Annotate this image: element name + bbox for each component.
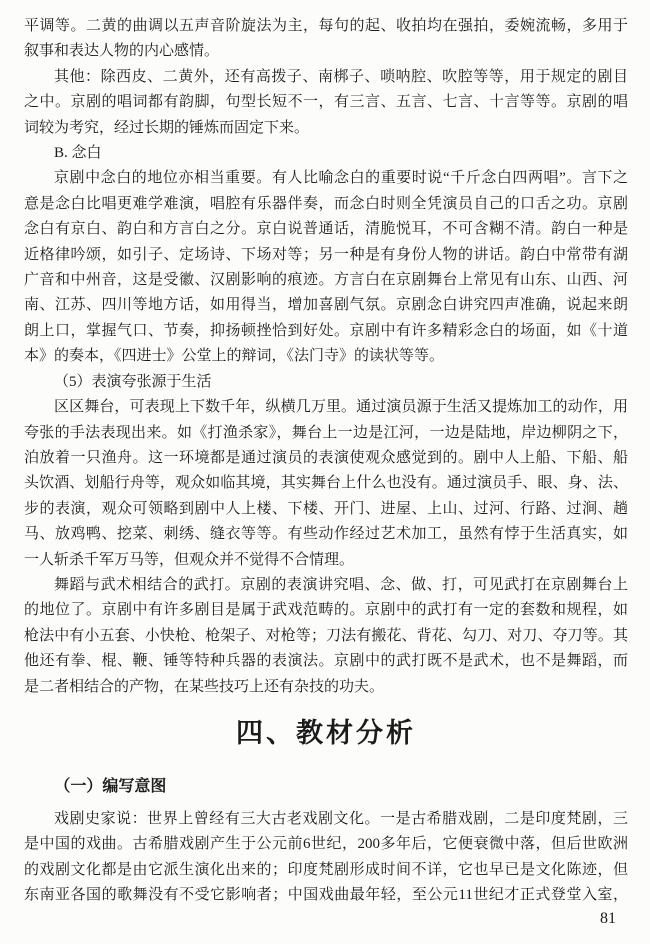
text-line: 泊放着一只渔舟。这一环境都是通过演员的表演使观众感觉到的。剧中人上船、下船、船 — [24, 446, 628, 471]
text-line: 是二者相结合的产物，在某些技巧上还有杂技的功夫。 — [24, 675, 628, 700]
text-line: 京剧中念白的地位亦相当重要。有人比喻念白的重要时说“千斤念白四两唱”。言下之 — [24, 166, 628, 191]
text-line: 东南亚各国的歌舞没有不受它影响者；中国戏曲最年轻，至公元11世纪才正式登堂入室， — [24, 883, 628, 908]
text-line: 头饮酒、划船行舟等，观众如临其境，其实舞台上什么也没有。通过演员手、眼、身、法、 — [24, 471, 628, 496]
paragraph: 舞蹈与武术相结合的武打。京剧的表演讲究唱、念、做、打，可见武打在京剧舞台上的地位… — [24, 573, 628, 700]
text-line: 一人斩杀千军万马等，但观众并不觉得不合情理。 — [24, 548, 628, 573]
document-body: 平调等。二黄的曲调以五声音阶旋法为主，每句的起、收拍均在强拍，委婉流畅，多用于叙… — [0, 0, 650, 909]
scanned-document-page: 平调等。二黄的曲调以五声音阶旋法为主，每句的起、收拍均在强拍，委婉流畅，多用于叙… — [0, 0, 650, 944]
text-line: 广音和中州音，这是受徽、汉剧影响的痕迹。方言白在京剧舞台上常见有山东、山西、河 — [24, 268, 628, 293]
text-line: 他还有拳、棍、鞭、锤等特种兵器的表演法。京剧中的武打既不是武术，也不是舞蹈，而 — [24, 649, 628, 674]
text-line: 叙事和表达人物的内心感情。 — [24, 39, 628, 64]
section-heading: （一）编写意图 — [24, 776, 628, 798]
text-line: 之中。京剧的唱词都有韵脚，句型长短不一，有三言、五言、七言、十言等等。京剧的唱 — [24, 90, 628, 115]
text-line: 其他：除西皮、二黄外，还有高拨子、南梆子、唢呐腔、吹腔等等，用于规定的剧目 — [24, 65, 628, 90]
text-line: 意是念白比唱更难学难演，唱腔有乐器伴奏，而念白时则全凭演员自己的口舌之功。京剧 — [24, 192, 628, 217]
text-line: 朗上口，掌握气口、节奏，抑扬顿挫恰到好处。京剧中有许多精彩念白的场面，如《十道 — [24, 319, 628, 344]
text-line: 念白有京白、韵白和方言白之分。京白说普通话，清脆悦耳，不可含糊不清。韵白一种是 — [24, 217, 628, 242]
page-number: 81 — [600, 910, 616, 928]
text-line: 区区舞台，可表现上下数千年，纵横几万里。通过演员源于生活又提炼加工的动作，用 — [24, 395, 628, 420]
paragraph: 区区舞台，可表现上下数千年，纵横几万里。通过演员源于生活又提炼加工的动作，用夸张… — [24, 395, 628, 573]
paragraph: 平调等。二黄的曲调以五声音阶旋法为主，每句的起、收拍均在强拍，委婉流畅，多用于叙… — [24, 14, 628, 65]
text-line: 的戏剧文化都是由它派生演化出来的；印度梵剧形成时间不详，它也早已是文化陈迹，但 — [24, 858, 628, 883]
text-line: 夸张的手法表现出来。如《打渔杀家》，舞台上一边是江河，一边是陆地，岸边柳阴之下， — [24, 421, 628, 446]
text-line: 是中国的戏曲。古希腊戏剧产生于公元前6世纪，200多年后，它便衰微中落，但后世欧… — [24, 832, 628, 857]
text-line: 平调等。二黄的曲调以五声音阶旋法为主，每句的起、收拍均在强拍，委婉流畅，多用于 — [24, 14, 628, 39]
chapter-heading: 四、教材分析 — [24, 716, 628, 750]
text-line: 的地位了。京剧中有许多剧目是属于武戏范畴的。京剧中的武打有一定的套数和规程，如 — [24, 598, 628, 623]
text-line: 舞蹈与武术相结合的武打。京剧的表演讲究唱、念、做、打，可见武打在京剧舞台上 — [24, 573, 628, 598]
paragraph: 京剧中念白的地位亦相当重要。有人比喻念白的重要时说“千斤念白四两唱”。言下之意是… — [24, 166, 628, 369]
text-line: 南、江苏、四川等地方话，如用得当，增加喜剧气氛。京剧念白讲究四声准确，说起来朗 — [24, 293, 628, 318]
text-line: 戏剧史家说：世界上曾经有三大古老戏剧文化。一是古希腊戏剧，二是印度梵剧，三 — [24, 807, 628, 832]
text-line: 步的表演，观众可领略到剧中人上楼、下楼、开门、进屋、上山、过河、行路、过涧、趟 — [24, 497, 628, 522]
sub-item-label: （5）表演夸张源于生活 — [24, 370, 628, 395]
text-line: 马、放鸡鸭、挖菜、刺绣、缝衣等等。有些动作经过艺术加工，虽然有悖于生活真实，如 — [24, 522, 628, 547]
text-line: 词较为考究，经过长期的锤炼而固定下来。 — [24, 116, 628, 141]
text-line: 本》的奏本，《四进士》公堂上的辩词，《法门寺》的读状等等。 — [24, 344, 628, 369]
sub-item-label: B. 念白 — [24, 141, 628, 166]
text-line: 枪法中有小五套、小快枪、枪架子、对枪等；刀法有搬花、背花、勾刀、对刀、夺刀等。其 — [24, 624, 628, 649]
paragraph: 戏剧史家说：世界上曾经有三大古老戏剧文化。一是古希腊戏剧，二是印度梵剧，三是中国… — [24, 807, 628, 909]
paragraph: 其他：除西皮、二黄外，还有高拨子、南梆子、唢呐腔、吹腔等等，用于规定的剧目之中。… — [24, 65, 628, 141]
text-line: 近格律吟颂，如引子、定场诗、下场对等；另一种是有身份人物的讲话。韵白中常带有湖 — [24, 243, 628, 268]
